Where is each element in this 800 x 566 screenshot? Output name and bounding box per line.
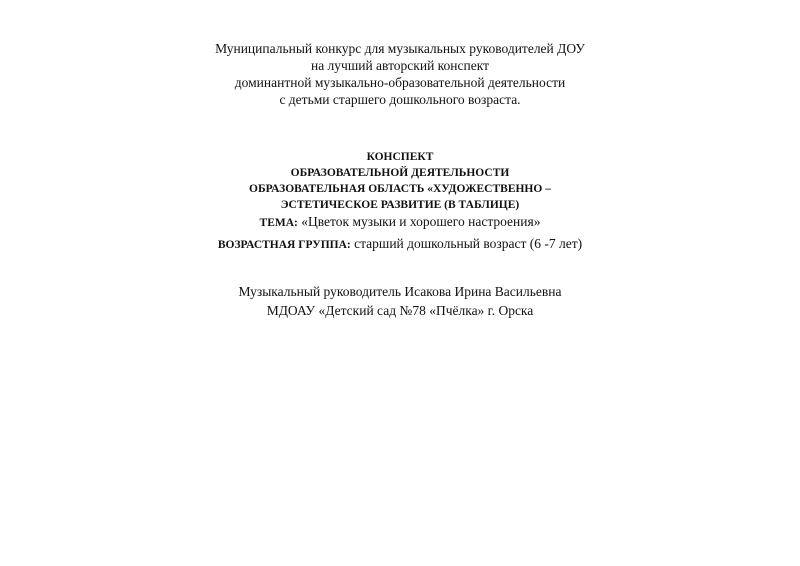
age-group-value: старший дошкольный возраст (6 -7 лет) (351, 236, 582, 251)
title-line: КОНСПЕКТ (0, 149, 800, 165)
author-organization: МДОАУ «Детский сад №78 «Пчёлка» г. Орска (0, 301, 800, 320)
title-line: ОБРАЗОВАТЕЛЬНОЙ ДЕЯТЕЛЬНОСТИ (0, 165, 800, 181)
intro-line: на лучший авторский конспект (0, 57, 800, 74)
contest-heading: Муниципальный конкурс для музыкальных ру… (0, 40, 800, 108)
theme-value: «Цветок музыки и хорошего настроения» (298, 214, 541, 229)
intro-line: доминантной музыкально-образовательной д… (0, 74, 800, 91)
author-name: Музыкальный руководитель Исакова Ирина В… (0, 282, 800, 301)
title-line: ЭСТЕТИЧЕСКОЕ РАЗВИТИЕ (В ТАБЛИЦЕ) (0, 197, 800, 213)
age-group-line: ВОЗРАСТНАЯ ГРУППА: старший дошкольный во… (0, 234, 800, 256)
author-info: Музыкальный руководитель Исакова Ирина В… (0, 282, 800, 320)
document-title: КОНСПЕКТ ОБРАЗОВАТЕЛЬНОЙ ДЕЯТЕЛЬНОСТИ ОБ… (0, 149, 800, 213)
title-line: ОБРАЗОВАТЕЛЬНАЯ ОБЛАСТЬ «ХУДОЖЕСТВЕННО – (0, 181, 800, 197)
document-page: Муниципальный конкурс для музыкальных ру… (0, 0, 800, 566)
theme-line: ТЕМА: «Цветок музыки и хорошего настроен… (0, 212, 800, 234)
intro-line: с детьми старшего дошкольного возраста. (0, 91, 800, 108)
theme-label: ТЕМА: (260, 217, 298, 229)
intro-line: Муниципальный конкурс для музыкальных ру… (0, 40, 800, 57)
lesson-meta: ТЕМА: «Цветок музыки и хорошего настроен… (0, 212, 800, 255)
age-group-label: ВОЗРАСТНАЯ ГРУППА: (218, 239, 351, 251)
